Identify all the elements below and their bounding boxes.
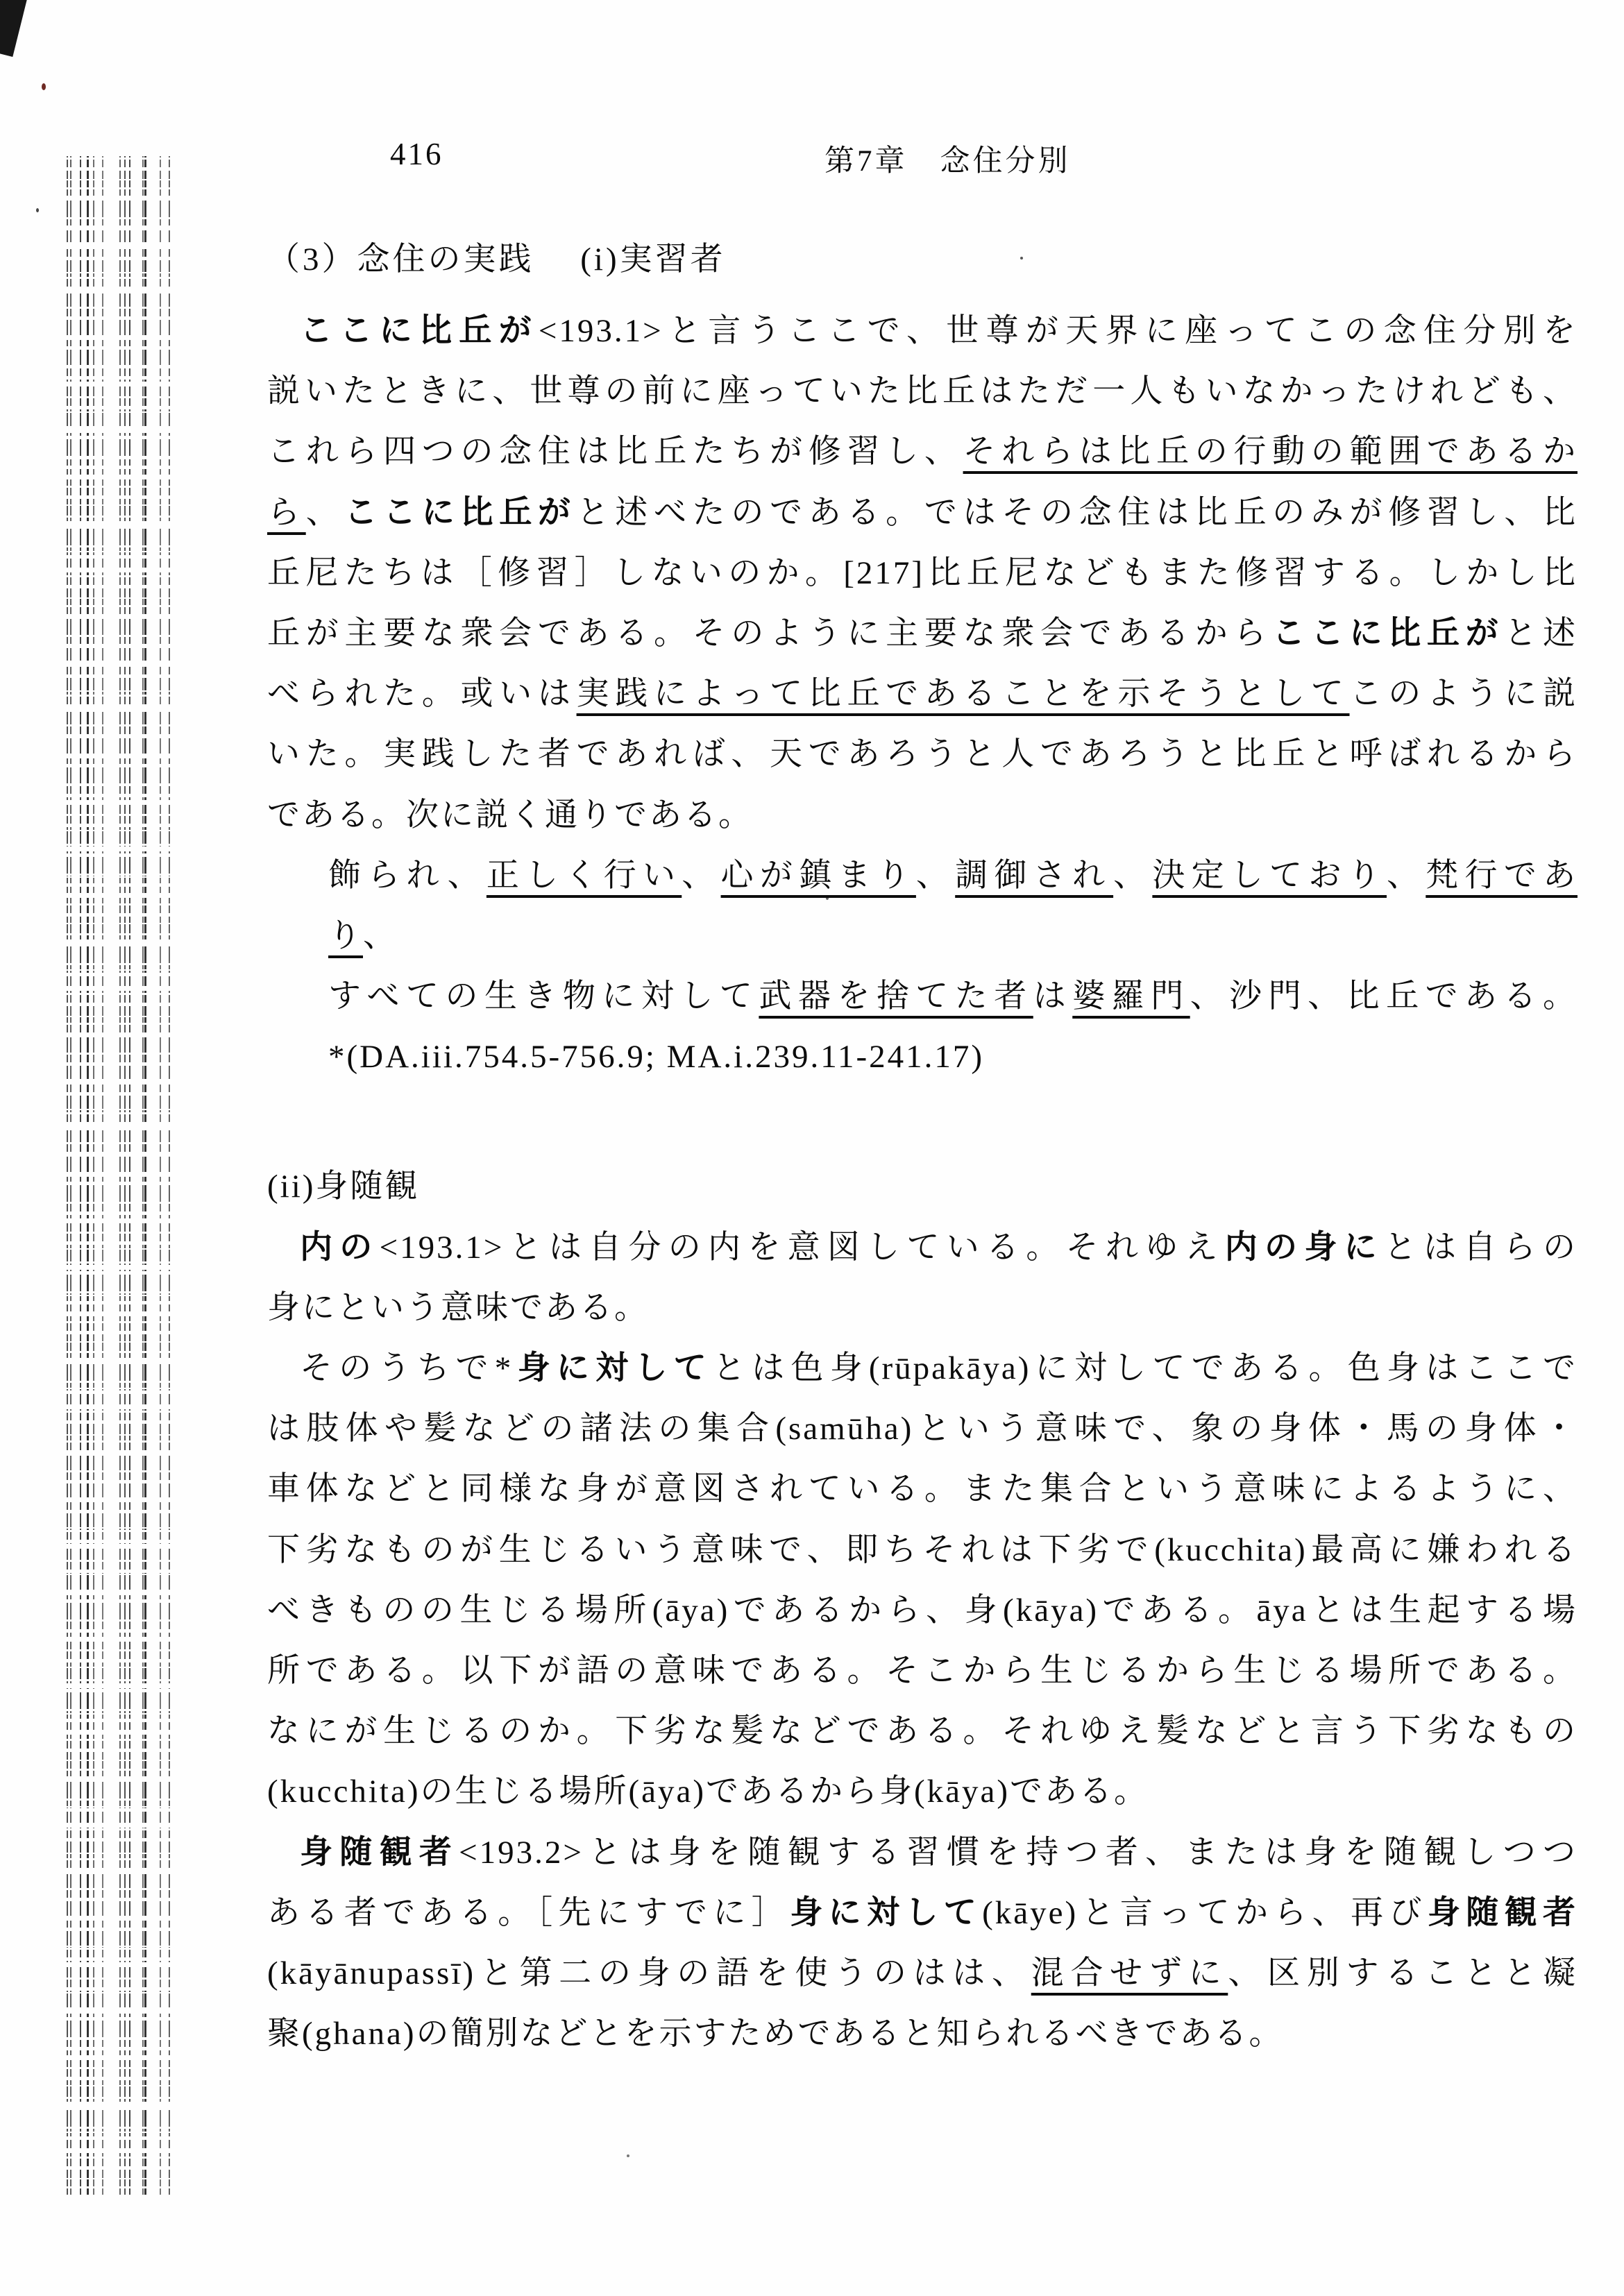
text-line: いた。実践した者であれば、天であろうと人であろうと比丘と呼ばれるから (267, 724, 1578, 785)
body-text: (kāye)と言ってから、再び (982, 1895, 1428, 1931)
body-text: 、 (306, 495, 345, 531)
text-line: 身にという意味である。 (267, 1278, 1578, 1338)
section-heading-practice: （3）念住の実践 (i)実習者 (267, 229, 1578, 301)
scan-noise-band (61, 156, 174, 2200)
text-line: すべての生き物に対して武器を捨てた者は婆羅門、沙門、比丘である。 (328, 967, 1578, 1027)
text-line: 飾られ、正しく行い、心が鎮まり、調御され、決定しており、梵行であ (328, 846, 1578, 906)
body-text: 丘が主要な衆会である。そのように主要な衆会であるから (267, 615, 1272, 652)
underlined-text: 決定しており (1152, 858, 1387, 894)
body-text: (kucchita)の生じる場所(āya)であるから身(kāya)である。 (267, 1774, 1149, 1810)
body-text: これら四つの念住は比丘たちが修習し、 (267, 434, 963, 470)
text-line: 丘が主要な衆会である。そのように主要な衆会であるからここに比丘がと述 (267, 604, 1578, 664)
text-line: 説いたときに、世尊の前に座っていた比丘はただ一人もいなかったけれども、 (267, 362, 1578, 422)
underlined-text: ら (267, 495, 306, 531)
text-line: これら四つの念住は比丘たちが修習し、それらは比丘の行動の範囲であるか (267, 422, 1578, 482)
lemma-bold-text: 身随観者 (300, 1835, 459, 1871)
body-text: とは色身(rūpakāya)に対してである。色身はここで (713, 1350, 1578, 1386)
section-heading-kayanupassana: (ii)身随観 (267, 1157, 1578, 1217)
text-line: そのうちで*身に対してとは色身(rūpakāya)に対してである。色身はここで (267, 1338, 1578, 1399)
lemma-bold-text: 内の (300, 1230, 380, 1266)
lemma-bold-text: ここに比丘が (344, 495, 576, 531)
underlined-text: り (328, 918, 363, 954)
underlined-text: 調御され (955, 858, 1113, 894)
verse-quotation: 飾られ、正しく行い、心が鎮まり、調御され、決定しており、梵行であり、すべての生き… (267, 846, 1578, 1088)
body-text: とは自らの (1384, 1230, 1578, 1266)
text-line: 下劣なものが生じるいう意味で、即ちそれは下劣で(kucchita)最高に嫌われる (267, 1520, 1578, 1581)
lemma-bold-text: ここに比丘が (300, 313, 539, 349)
text-column: （3）念住の実践 (i)実習者 ここに比丘が<193.1>と言うここで、世尊が天… (267, 229, 1578, 2064)
paragraph-bhikkhu: ここに比丘が<193.1>と言うここで、世尊が天界に座ってこの念住分別を説いたと… (267, 301, 1578, 846)
text-line: (kāyānupassī)と第二の身の語を使うのはは、混合せずに、区別することと… (267, 1944, 1578, 2004)
text-line: (kucchita)の生じる場所(āya)であるから身(kāya)である。 (267, 1762, 1578, 1822)
underlined-text: 婆羅門 (1072, 978, 1190, 1014)
section-gap (267, 1087, 1578, 1157)
text-line: ここに比丘が<193.1>と言うここで、世尊が天界に座ってこの念住分別を (267, 301, 1578, 362)
paragraph-kayanupassi: 身随観者<193.2>とは身を随観する習慣を持つ者、または身を随観しつつある者で… (267, 1823, 1578, 2065)
underlined-text: 梵行であ (1426, 858, 1578, 894)
scan-speck (627, 2154, 629, 2157)
text-line: 内の<193.1>とは自分の内を意図している。それゆえ内の身にとは自らの (267, 1218, 1578, 1278)
body-text: すべての生き物に対して (328, 978, 759, 1014)
body-text: 車体などと同様な身が意図されている。また集合という意味によるように、 (267, 1471, 1578, 1507)
text-line: 身随観者<193.2>とは身を随観する習慣を持つ者、または身を随観しつつ (267, 1823, 1578, 1883)
body-text: 聚(ghana)の簡別などとを示すためであると知られるべきである。 (267, 2016, 1284, 2052)
text-line: ある者である。［先にすでに］身に対して(kāye)と言ってから、再び身随観者 (267, 1883, 1578, 1944)
body-text: 、 (1113, 858, 1152, 894)
body-text: いた。実践した者であれば、天であろうと人であろうと比丘と呼ばれるから (267, 736, 1578, 772)
body-text: 身にという意味である。 (267, 1290, 649, 1326)
scan-speck (36, 208, 39, 212)
lemma-bold-text: ここに比丘が (1272, 615, 1504, 652)
body-text: 下劣なものが生じるいう意味で、即ちそれは下劣で(kucchita)最高に嫌われる (267, 1532, 1578, 1568)
underlined-text: それらは比丘の行動の範囲であるか (963, 434, 1578, 470)
body-text: <193.1>とは自分の内を意図している。それゆえ (380, 1230, 1225, 1266)
text-line: 聚(ghana)の簡別などとを示すためであると知られるべきである。 (267, 2004, 1578, 2064)
text-line: は肢体や髪などの諸法の集合(samūha)という意味で、象の身体・馬の身体・ (267, 1399, 1578, 1459)
paragraph-ajjhatta: 内の<193.1>とは自分の内を意図している。それゆえ内の身にとは自らの身にとい… (267, 1218, 1578, 1338)
body-text: 、沙門、比丘である。 (1190, 978, 1578, 1014)
body-text: べきものの生じる場所(āya)であるから、身(kāya)である。āyaとは生起す… (267, 1592, 1578, 1629)
body-text: なにが生じるのか。下劣な髪などである。それゆえ髪などと言う下劣なもの (267, 1713, 1578, 1749)
body-text: 丘尼たちは［修習］しないのか。[217]比丘尼などもまた修習する。しかし比 (267, 555, 1578, 591)
text-line: *(DA.iii.754.5-756.9; MA.i.239.11-241.17… (328, 1027, 1578, 1087)
body-text: 、区別することと凝 (1228, 1955, 1578, 1991)
text-line: である。次に説く通りである。 (267, 785, 1578, 846)
page-number: 416 (390, 136, 443, 172)
body-text: ある者である。［先にすでに］ (267, 1895, 790, 1931)
scan-speck (42, 83, 46, 90)
text-line: 車体などと同様な身が意図されている。また集合という意味によるように、 (267, 1459, 1578, 1520)
lemma-bold-text: 身に対して (790, 1895, 982, 1931)
chapter-running-header: 第7章 念住分別 (824, 137, 1071, 180)
body-text: 、 (682, 858, 720, 894)
body-text: このように説 (1350, 676, 1578, 712)
text-line: なにが生じるのか。下劣な髪などである。それゆえ髪などと言う下劣なもの (267, 1701, 1578, 1762)
underlined-text: 正しく行い (487, 858, 682, 894)
body-text: そのうちで* (300, 1350, 513, 1386)
body-text: 飾られ、 (328, 858, 487, 894)
lemma-bold-text: 内の身に (1225, 1230, 1384, 1266)
underlined-text: 心が鎮まり (721, 858, 916, 894)
text-line: 所である。以下が語の意味である。そこから生じるから生じる場所である。 (267, 1641, 1578, 1701)
lemma-bold-text: 身に対して (513, 1350, 713, 1386)
body-text: は肢体や髪などの諸法の集合(samūha)という意味で、象の身体・馬の身体・ (267, 1411, 1578, 1447)
text-line: べきものの生じる場所(āya)であるから、身(kāya)である。āyaとは生起す… (267, 1581, 1578, 1641)
text-line: 丘尼たちは［修習］しないのか。[217]比丘尼などもまた修習する。しかし比 (267, 543, 1578, 604)
body-text: *(DA.iii.754.5-756.9; MA.i.239.11-241.17… (328, 1039, 984, 1075)
scanned-book-page: 416 第7章 念住分別 （3）念住の実践 (i)実習者 ここに比丘が<193.… (0, 0, 1624, 2296)
text-line: り、 (328, 906, 1578, 967)
body-text: である。次に説く通りである。 (267, 797, 753, 833)
body-text: <193.2>とは身を随観する習慣を持つ者、または身を随観しつつ (459, 1835, 1578, 1871)
body-text: べられた。或いは (267, 676, 577, 712)
underlined-text: 混合せずに (1031, 1955, 1228, 1991)
lemma-bold-text: 身随観者 (1428, 1895, 1578, 1931)
body-text: 説いたときに、世尊の前に座っていた比丘はただ一人もいなかったけれども、 (267, 373, 1578, 409)
underlined-text: 武器を捨てた者 (759, 978, 1033, 1014)
body-text: 、 (1387, 858, 1426, 894)
body-text: 、 (363, 918, 398, 954)
body-text: と述 (1504, 615, 1578, 652)
underlined-text: 実践によって比丘であることを示そうとして (577, 676, 1350, 712)
body-text: 所である。以下が語の意味である。そこから生じるから生じる場所である。 (267, 1653, 1578, 1689)
text-line: べられた。或いは実践によって比丘であることを示そうとしてこのように説 (267, 664, 1578, 724)
text-line: ら、ここに比丘がと述べたのである。ではその念住は比丘のみが修習し、比 (267, 483, 1578, 543)
body-text: 、 (916, 858, 955, 894)
body-text: は (1033, 978, 1072, 1014)
body-text: (kāyānupassī)と第二の身の語を使うのはは、 (267, 1955, 1031, 1991)
body-text: <193.1>と言うここで、世尊が天界に座ってこの念住分別を (539, 313, 1578, 349)
scan-corner-artifact (0, 0, 31, 57)
body-text: と述べたのである。ではその念住は比丘のみが修習し、比 (577, 495, 1578, 531)
paragraph-rupakaya: そのうちで*身に対してとは色身(rūpakāya)に対してである。色身はここでは… (267, 1338, 1578, 1823)
